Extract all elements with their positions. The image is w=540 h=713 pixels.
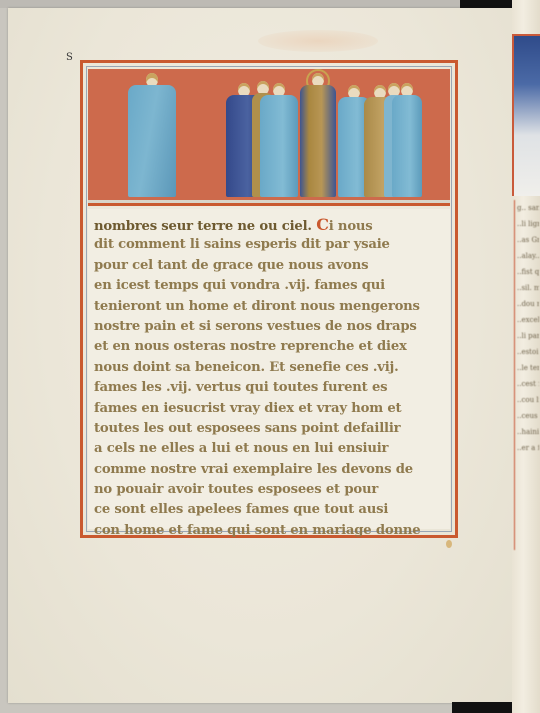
figure-group-light-blue [392, 83, 422, 197]
miniature-ground-line [88, 200, 450, 203]
text-block: nombres seur terre ne ou ciel. Ci nous d… [88, 209, 450, 529]
facing-line: ..fist qui [515, 264, 539, 280]
illumination-frame: nombres seur terre ne ou ciel. Ci nous d… [80, 60, 458, 538]
figure-haloed [300, 73, 336, 197]
text-line: fames en iesucrist vray diex et vray hom… [94, 399, 444, 419]
ink-drip-mark [446, 540, 452, 548]
facing-line: ..le tenne.. [515, 360, 539, 376]
text-line: tenieront un home et diront nous mengero… [94, 297, 444, 317]
text-line: nombres seur terre ne ou ciel. Ci nous [94, 215, 444, 235]
figure-robe [392, 95, 422, 197]
black-tab-bottom [452, 702, 512, 713]
figure-group-light-blue [260, 83, 298, 197]
miniature-painting [88, 69, 450, 206]
parchment-stain [258, 30, 378, 52]
figure-robe [128, 85, 176, 197]
facing-line: ..excellenti [515, 312, 539, 328]
facing-line: ..cest nostre.. [515, 376, 539, 392]
facing-line: ..as Grand.. [515, 232, 539, 248]
text-line: con home et fame qui sont en mariage don… [94, 521, 444, 541]
facing-line: ..estoi. del.. [515, 344, 539, 360]
facing-line: ..dou nuvell. [515, 296, 539, 312]
facing-page-miniature [512, 34, 540, 196]
facing-page-text: g.. sanctus ..li lignou ..as Grand.. ..a… [514, 200, 539, 550]
text-line: ce sont elles apelees fames que tout aus… [94, 500, 444, 520]
text-line: toutes les out esposees sans point defai… [94, 419, 444, 439]
text-line: dit comment li sains esperis dit par ysa… [94, 235, 444, 255]
facing-line: ..hainir sp.. [515, 424, 539, 440]
figure-robe [300, 85, 336, 197]
facing-line: g.. sanctus [515, 200, 539, 216]
facing-line: ..alay.. nu.. [515, 248, 539, 264]
text-line: a cels ne elles a lui et nous en lui ens… [94, 439, 444, 459]
text-line: et en nous osteras nostre reprenche et d… [94, 337, 444, 357]
figure-robe [260, 95, 298, 197]
facing-line: ..er a fu.. [515, 440, 539, 456]
text-line: no pouair avoir toutes esposees et pour [94, 480, 444, 500]
text-line: nostre pain et si serons vestues de nos … [94, 317, 444, 337]
facing-line: ..li lignou [515, 216, 539, 232]
figure-speaker [128, 73, 176, 197]
black-tab-top [460, 0, 512, 8]
text-line: pour cel tant de grace que nous avons [94, 256, 444, 276]
text-line: comme nostre vrai exemplaire les devons … [94, 460, 444, 480]
text-line: en icest temps qui vondra .vij. fames qu… [94, 276, 444, 296]
text-line: nous doint sa beneicon. Et senefie ces .… [94, 358, 444, 378]
facing-line: ..li par nat.. [515, 328, 539, 344]
folio-mark: S [66, 52, 73, 63]
manuscript-text: nombres seur terre ne ou ciel. Ci nous d… [94, 215, 444, 541]
scanner-background-top [0, 0, 540, 8]
facing-line: ..sil. mariag [515, 280, 539, 296]
facing-line: ..cou lis cel.. [515, 392, 539, 408]
facing-line: ..ceus Grand [515, 408, 539, 424]
text-line: fames les .vij. vertus qui toutes furent… [94, 378, 444, 398]
rubric-initial: C [316, 215, 329, 235]
